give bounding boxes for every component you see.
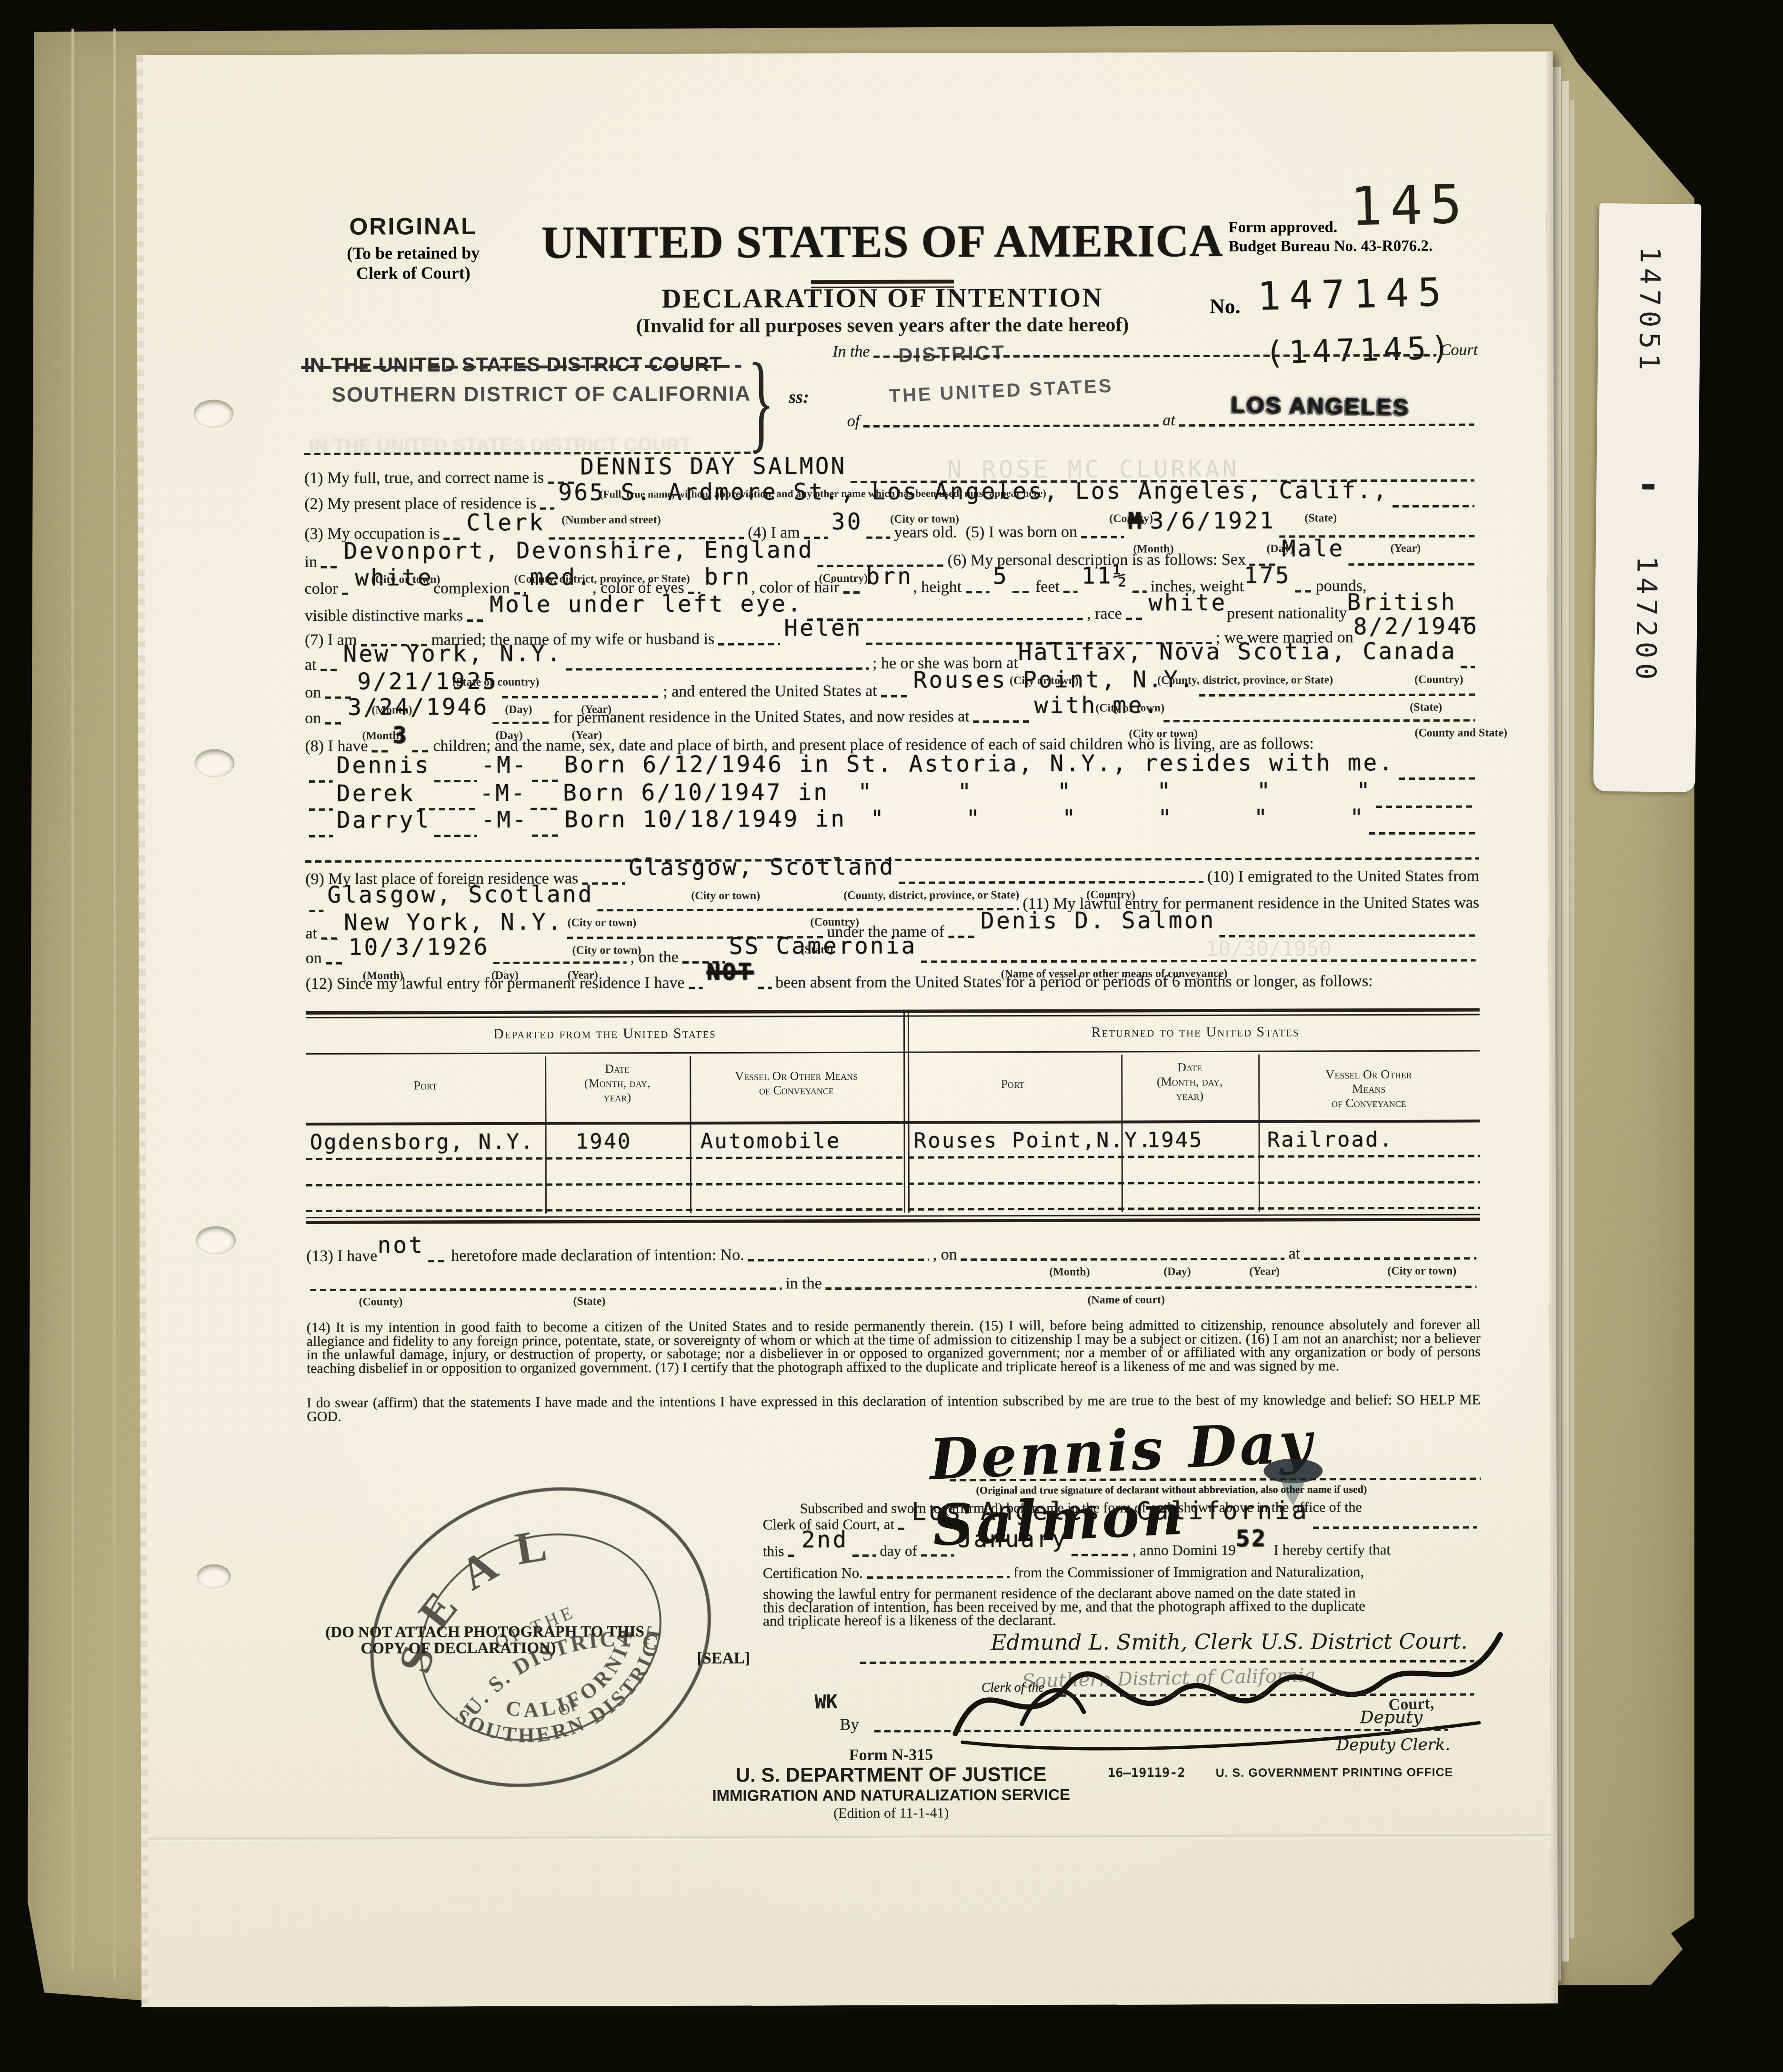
blank-rule <box>1126 618 1145 620</box>
height-label: , height <box>913 578 962 596</box>
document-page: 145 ORIGINAL (To be retained by Clerk of… <box>137 51 1552 2007</box>
table-cell: Automobile <box>701 1129 841 1154</box>
gpo-code: 16—19119-2 <box>1108 1765 1185 1780</box>
blank-rule <box>948 936 977 938</box>
under-name-value: Denis D. Salmon <box>981 907 1216 934</box>
blank-rule <box>899 881 1203 884</box>
port-column-header: Port <box>1001 1077 1024 1091</box>
field-13-in-the: in the <box>785 1275 822 1293</box>
court-district-stamp: SOUTHERN DISTRICT OF CALIFORNIA <box>331 382 751 407</box>
ditto-mark: " <box>1062 805 1078 832</box>
blank-rule <box>1012 591 1032 593</box>
year-value: 52 <box>1236 1525 1267 1552</box>
child-sex: -M- <box>481 752 528 778</box>
table-cell: Ogdensborg, N.Y. <box>310 1130 535 1155</box>
place-typed: Los Angeles, California <box>912 1496 1309 1526</box>
at-label: at <box>305 656 317 674</box>
punch-hole <box>196 1226 236 1255</box>
feet-label: feet <box>1035 578 1060 596</box>
service-label: IMMIGRATION AND NATURALIZATION SERVICE <box>701 1786 1082 1805</box>
department-label: U. S. DEPARTMENT OF JUSTICE <box>701 1763 1082 1787</box>
table-row-rule <box>908 1155 1480 1159</box>
blank-rule <box>1179 424 1474 427</box>
table-row-rule <box>908 1181 1480 1185</box>
field-3-value: Clerk <box>466 509 545 536</box>
blank-rule <box>532 835 561 837</box>
blank-rule <box>921 959 1476 963</box>
field-2-value: 965 S. Ardmore St., Los Angeles, Los Ang… <box>558 477 1389 506</box>
blank-rule <box>748 1259 929 1262</box>
blank-rule <box>1081 536 1124 538</box>
seal-word: SEAL <box>357 1505 601 1694</box>
nationality-label: present nationality <box>1227 604 1347 623</box>
court-word: Court <box>1440 341 1478 359</box>
ditto-marks: " " " " " " <box>870 811 1365 839</box>
anno-label: , anno Domini 19 <box>1132 1542 1236 1559</box>
ditto-mark: " <box>1157 778 1172 805</box>
in-the-label: In the <box>832 343 870 361</box>
blank-rule <box>1132 590 1147 593</box>
departed-header: Departed from the United States <box>493 1026 716 1042</box>
blank-rule <box>428 1260 447 1262</box>
blank-rule <box>921 1554 954 1556</box>
field-11-date: 10/3/1926 <box>348 934 489 961</box>
original-sub: (To be retained by <box>280 243 547 263</box>
field-4-suffix: years old. <box>894 523 957 541</box>
resides-value: with me. <box>1034 692 1160 719</box>
blank-rule <box>1063 591 1078 593</box>
date-column-header: Date (Month, day, year) <box>584 1062 651 1105</box>
wk-mark: WK <box>815 1691 838 1713</box>
blank-rule <box>1313 1526 1477 1529</box>
declaration-number: 147145 <box>1257 269 1450 319</box>
blank-rule <box>566 667 869 671</box>
paragraph-14-17: (14) It is my intention in good faith to… <box>307 1318 1481 1375</box>
table-divider <box>690 1056 691 1213</box>
table-cell: 1945 <box>1147 1128 1203 1152</box>
field-13-court-sublabels: (County) (State) (Name of court) <box>306 1293 1480 1309</box>
blank-rule <box>961 1258 1285 1261</box>
entered-date: 3/24/1946 <box>348 694 489 721</box>
field-10-label: (10) I emigrated to the United States fr… <box>1207 867 1479 886</box>
ditto-mark: " <box>1158 805 1173 831</box>
ditto-mark: " <box>1257 778 1272 805</box>
sex-value: Male <box>1282 535 1345 562</box>
page-crease <box>141 1833 1551 1842</box>
blank-rule <box>874 354 1436 358</box>
united-states-stamp: THE UNITED STATES <box>889 375 1114 407</box>
blank-rule <box>326 962 345 965</box>
entered-label: ; and entered the United States at <box>663 682 877 701</box>
blank-rule <box>852 1554 876 1557</box>
on-label: on <box>305 684 321 702</box>
blank-rule <box>1376 806 1475 808</box>
table-row-rule <box>908 1207 1480 1211</box>
table-rule <box>306 1120 1480 1126</box>
weight-value: 175 <box>1244 562 1291 589</box>
brace: } <box>748 338 774 464</box>
blank-rule <box>321 566 340 568</box>
nationality-value: British <box>1347 589 1456 616</box>
hair-value: brn <box>866 563 913 590</box>
blank-rule <box>898 1528 908 1530</box>
blank-rule <box>1369 832 1475 835</box>
table-divider <box>545 1056 547 1214</box>
child-name: Dennis <box>336 752 431 779</box>
original-block: ORIGINAL (To be retained by Clerk of Cou… <box>280 212 547 283</box>
folder-index-tab: 147051 147200 <box>1593 203 1702 792</box>
child-sex: -M- <box>480 780 527 807</box>
page-title: UNITED STATES OF AMERICA <box>532 214 1232 269</box>
clerk-of-the-label: Clerk of the <box>982 1680 1044 1695</box>
date-column-header: Date (Month, day, year) <box>1157 1060 1223 1103</box>
spouse-value: Helen <box>784 615 862 641</box>
ditto-mark: " <box>1254 805 1270 831</box>
ditto-mark: " <box>1057 778 1073 805</box>
vessel-value: SS Cameronia <box>729 933 917 960</box>
this-label: this <box>763 1543 784 1560</box>
spouse-birthplace: Halifax, Nova Scotia, Canada <box>1018 638 1457 666</box>
blank-rule <box>1295 590 1312 592</box>
marks-value: Mole under left eye. <box>490 590 803 618</box>
blank-rule <box>502 696 659 698</box>
ditto-mark: " <box>966 805 982 832</box>
field-13-label: (13) I have <box>306 1247 377 1265</box>
perm-label: for permanent residence in the United St… <box>553 707 969 727</box>
tab-number-top: 147051 <box>1633 247 1667 375</box>
cert-line1: from the Commissioner of Immigration and… <box>1013 1563 1364 1581</box>
height-inches: 11½ <box>1082 562 1129 589</box>
returned-header: Returned to the United States <box>1091 1024 1299 1040</box>
gpo-line: 16—19119-2 U. S. GOVERNMENT PRINTING OFF… <box>1108 1765 1453 1781</box>
form-approved: Form approved. Budget Bureau No. 43-R076… <box>1229 218 1433 256</box>
ditto-marks: " " " " " " <box>858 784 1372 812</box>
field-10-value: Glasgow, Scotland <box>327 881 593 908</box>
blank-rule <box>434 780 477 782</box>
blank-rule <box>309 910 323 912</box>
folder-crease <box>113 29 116 1981</box>
field-1-value: DENNIS DAY SALMON <box>580 453 846 480</box>
blank-rule <box>321 669 340 671</box>
day-of-label: day of <box>880 1543 917 1560</box>
ditto-mark: " <box>858 779 873 806</box>
blank-rule <box>867 1576 1010 1579</box>
sublabel: (County) <box>359 1295 402 1308</box>
table-rule <box>306 1050 1480 1055</box>
svg-text:SEAL: SEAL <box>357 1505 601 1694</box>
los-angeles-stamp: LOS ANGELES <box>1231 392 1410 421</box>
clerk-of-said-line: Clerk of said Court, at Los Angeles, Cal… <box>763 1504 1481 1534</box>
blank-rule <box>492 722 550 724</box>
table-rule <box>306 1014 1480 1018</box>
field-12-struck: NOT <box>706 958 753 985</box>
child-name: Darryl <box>337 807 431 834</box>
field-13-line: (13) I have not heretofore made declarat… <box>306 1237 1480 1265</box>
in-the-court-line: In the Court <box>832 334 1478 361</box>
entered-value: Rouses Point, N.Y. <box>913 666 1195 694</box>
height-feet: 5 <box>993 563 1009 589</box>
vessel-column-header: Vessel Or Other Means of Conveyance <box>1313 1067 1424 1111</box>
on-the-label: , on the <box>631 948 679 966</box>
blank-rule <box>1163 719 1475 723</box>
field-13-value: not <box>377 1232 424 1258</box>
ditto-mark: " <box>958 778 973 805</box>
race-label: , race <box>1087 605 1122 623</box>
field-13-on: , on <box>933 1245 957 1264</box>
blank-rule <box>341 593 351 595</box>
blank-rule <box>965 591 989 593</box>
child-sex: -M- <box>481 807 528 833</box>
birthplace-value: Devonport, Devonshire, England <box>344 537 814 565</box>
blank-rule <box>309 780 333 783</box>
child-info: Born 10/18/1949 in <box>564 806 846 833</box>
on-label: on <box>306 949 322 967</box>
blank-rule <box>532 780 561 782</box>
blank-rule <box>881 695 910 697</box>
court-struck-text: IN THE UNITED STATES DISTRICT COURT <box>304 353 722 377</box>
original-label: ORIGINAL <box>280 212 547 240</box>
signature-caption: (Original and true signature of declaran… <box>976 1483 1367 1496</box>
field-5-struck: M <box>1128 508 1143 534</box>
blank-rule <box>718 643 780 645</box>
this-day-line: this 2nd day of January , anno Domini 19… <box>763 1532 1481 1560</box>
complexion-value: med. <box>530 564 592 590</box>
form-approved-line1: Form approved. <box>1229 218 1433 237</box>
no-label: No. <box>1210 294 1241 319</box>
blank-rule <box>843 591 862 594</box>
folder-crease <box>71 29 74 1971</box>
gpo-label: U. S. GOVERNMENT PRINTING OFFICE <box>1216 1766 1453 1780</box>
child-name: Derek <box>337 780 415 807</box>
blank-rule <box>1072 1554 1129 1556</box>
blank-rule <box>598 908 1019 911</box>
married-date: 8/2/1946 <box>1353 613 1479 640</box>
blank-rule <box>1392 505 1474 508</box>
blank-rule <box>325 722 344 725</box>
port-column-header: Port <box>414 1078 437 1093</box>
tab-separator <box>1642 484 1654 489</box>
field-12-rest: been absent from the United States for a… <box>775 972 1373 992</box>
child-info: Born 6/10/1947 in <box>563 779 829 806</box>
doc-title: DECLARATION OF INTENTION <box>613 282 1152 314</box>
blank-rule <box>757 986 771 989</box>
blank-rule <box>1398 777 1475 780</box>
table-row-rule <box>306 1208 904 1212</box>
photo-warning-line1: (DO NOT ATTACH PHOTOGRAPH TO THIS <box>325 1623 644 1642</box>
absence-table: Departed from the United States Returned… <box>306 1008 1480 1225</box>
sublabel: (State) <box>573 1295 605 1308</box>
day-value: 2nd <box>801 1526 849 1553</box>
spouse-birthdate: 9/21/1925 <box>357 668 498 695</box>
blank-rule <box>788 1554 798 1557</box>
cert-no-label: Certification No. <box>763 1564 863 1582</box>
form-number: Form N-315 <box>748 1746 1034 1765</box>
field-5-value: 3/6/1921 <box>1150 508 1275 535</box>
on-label: on <box>305 709 321 727</box>
field-9-value: Glasgow, Scotland <box>629 854 895 881</box>
of-word: of <box>847 412 860 430</box>
scan-stage: 147051 147200 145 ORIGINAL (To be retain… <box>0 0 1783 2072</box>
blank-rule <box>493 961 627 964</box>
entered-date-line: on 3/24/1946 for permanent residence in … <box>305 699 1479 727</box>
month-value: January <box>958 1526 1068 1553</box>
blank-rule <box>1199 694 1475 697</box>
field-11-date-line: on 10/3/1926 , on the SS Cameronia <box>306 939 1480 967</box>
field-13-at: at <box>1289 1245 1301 1263</box>
color-value: white <box>355 564 433 591</box>
deputy-clerk-label: Deputy Clerk. <box>1336 1735 1451 1755</box>
child-info: Born 6/12/1946 in St. Astoria, N.Y., res… <box>564 749 1395 778</box>
ditto-mark: " <box>870 806 886 832</box>
field-1-label: (1) My full, true, and correct name is <box>304 469 544 488</box>
blank-rule <box>1461 666 1475 668</box>
cert-no-line: Certification No. from the Commissioner … <box>763 1560 1481 1582</box>
in-label: in <box>304 553 317 571</box>
table-cell: Railroad. <box>1267 1127 1394 1152</box>
table-rule <box>306 1218 1480 1224</box>
edition-label: (Edition of 11-1-41) <box>748 1805 1034 1822</box>
page-stack-edge <box>1552 67 1561 1981</box>
table-rule <box>306 1008 1480 1015</box>
at-label: at <box>305 925 317 943</box>
ditto-mark: " <box>1350 804 1365 831</box>
sublabel: (Name of court) <box>1087 1294 1165 1306</box>
blank-rule <box>531 808 559 810</box>
page-stack-edge <box>1570 100 1574 1938</box>
blank-rule <box>309 808 333 811</box>
deputy-label: Deputy <box>1360 1708 1422 1727</box>
field-2-line: (2) My present place of residence is 965… <box>304 485 1478 513</box>
blank-rule <box>826 1286 1477 1290</box>
blank-rule <box>467 619 486 622</box>
blank-rule <box>321 937 340 940</box>
field-12-line: (12) Since my lawful entry for permanent… <box>306 965 1480 993</box>
punch-hole <box>194 749 234 777</box>
field-12-label: (12) Since my lawful entry for permanent… <box>306 974 685 993</box>
blank-rule <box>973 720 1031 723</box>
page-stack-edge <box>1562 81 1569 1962</box>
child-row: Darryl -M- Born 10/18/1949 in " " " " " … <box>305 812 1479 840</box>
punch-hole <box>194 399 234 428</box>
form-approved-line2: Budget Bureau No. 43-R076.2. <box>1229 237 1433 256</box>
by-label: By <box>840 1716 859 1734</box>
field-5-label: (5) I was born on <box>966 523 1077 542</box>
color-label: color <box>305 580 338 598</box>
marks-label: visible distinctive marks <box>305 607 463 625</box>
ss-label: ss: <box>789 387 809 408</box>
field-11-at-value: New York, N.Y. <box>344 909 563 936</box>
blank-rule <box>863 424 1159 428</box>
vessel-column-header: Vessel Or Other Means of Conveyance <box>735 1069 858 1098</box>
photo-warning-line2: COPY OF DECLARATION) <box>361 1640 556 1658</box>
table-row-rule <box>306 1156 904 1160</box>
eyes-value: brn <box>704 564 751 590</box>
ditto-mark: " <box>1356 777 1372 804</box>
blank-rule <box>434 835 477 837</box>
court-name-line: IN THE UNITED STATES DISTRICT COURT <box>304 349 761 377</box>
field-8-value: 3 <box>392 722 408 748</box>
description-line: color white complexion med. , color of e… <box>304 569 1478 598</box>
table-divider <box>1258 1055 1260 1212</box>
tab-number-bottom: 147200 <box>1630 556 1663 685</box>
married-at-value: New York, N.Y. <box>343 640 562 667</box>
punch-hole <box>197 1564 231 1589</box>
at-word: at <box>1162 411 1175 429</box>
certify-label: I hereby certify that <box>1274 1541 1391 1559</box>
blank-rule <box>1304 1257 1476 1260</box>
blank-rule <box>867 537 891 539</box>
table-cell: Rouses Point,N.Y. <box>914 1128 1152 1153</box>
original-sub: Clerk of Court) <box>280 263 547 283</box>
blank-rule <box>310 1287 781 1291</box>
table-cell: 1940 <box>576 1129 632 1154</box>
blank-rule <box>309 835 333 837</box>
blank-rule <box>689 987 703 989</box>
field-4-value: 30 <box>831 508 863 535</box>
field-13-rest: heretofore made declaration of intention… <box>451 1246 744 1265</box>
blank-rule <box>1348 563 1474 566</box>
race-value: white <box>1149 589 1227 616</box>
field-13-court-line: in the <box>306 1265 1480 1294</box>
table-row-rule <box>306 1183 904 1186</box>
